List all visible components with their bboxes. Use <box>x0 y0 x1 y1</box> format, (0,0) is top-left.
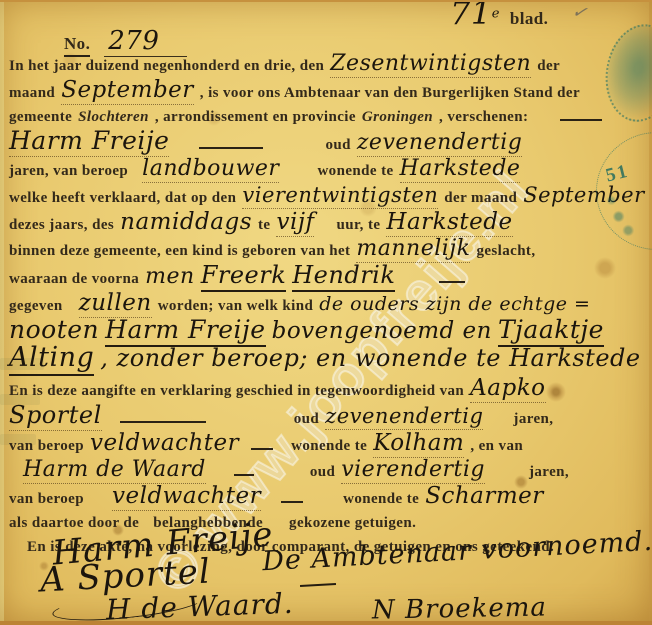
handwritten-text: Kolham <box>373 430 464 458</box>
handwritten-text: vierendertig <box>341 457 485 484</box>
spacer <box>9 475 23 476</box>
spacer <box>269 148 325 149</box>
spacer <box>90 502 112 503</box>
act-line: jaren, van beroeplandbouwerwonende teHar… <box>9 157 644 183</box>
act-line: dezes jaars, desnamiddagstevijfuur, teHa… <box>9 210 644 237</box>
spacer <box>320 228 336 229</box>
handwritten-text: Harm de Waard <box>23 457 206 484</box>
sheet-number-value: 71 <box>450 0 492 32</box>
act-line: van beroepveldwachterwonende teKolham, e… <box>9 431 644 458</box>
spacer <box>267 502 281 503</box>
spacer <box>212 475 234 476</box>
handwritten-text: veldwachter <box>90 430 239 456</box>
handwritten-text: veldwachter <box>112 483 261 511</box>
handwritten-text: mannelijk <box>356 236 470 263</box>
handwritten-text: men <box>145 264 195 289</box>
spacer <box>212 422 294 423</box>
handwritten-text: Harm Freije <box>9 126 169 157</box>
act-line: binnen deze gemeente, een kind is gebore… <box>9 237 644 263</box>
printed-text-italic: Groningen <box>362 109 433 125</box>
printed-text: , verschenen: <box>439 109 528 125</box>
handwritten-text: vierentwintigsten <box>242 183 438 209</box>
fill-rule <box>560 106 602 121</box>
printed-text: te <box>258 217 270 233</box>
handwritten-text: September <box>61 77 194 105</box>
act-line: welke heeft verklaard, dat op denvierent… <box>9 183 644 210</box>
printed-text: jaren, <box>513 411 553 427</box>
spacer <box>285 174 317 175</box>
handwritten-text: de ouders zijn de echtge = <box>319 293 590 315</box>
act-line: gegevenzullenworden; van welk kindde oud… <box>9 291 644 318</box>
printed-text: der <box>537 58 560 74</box>
handwritten-text: Sportel <box>9 401 102 431</box>
fill-rule <box>439 268 465 283</box>
spacer <box>69 309 79 310</box>
spacer <box>401 282 439 283</box>
act-body: In het jaar duizend negenhonderd en drie… <box>9 52 644 559</box>
printed-text: van beroep <box>9 438 84 454</box>
printed-text: van beroep <box>9 491 84 507</box>
printed-text: der maand <box>444 190 517 206</box>
spacer <box>108 422 120 423</box>
printed-text: wonende te <box>343 491 419 507</box>
act-line: Harm de Waardoudvierendertigjaren, <box>9 458 644 484</box>
act-line: waaraan de voornamenFreerkHendrik <box>9 263 644 291</box>
printed-text: jaren, van beroep <box>9 163 128 179</box>
printed-text: In het jaar duizend negenhonderd en drie… <box>9 58 324 74</box>
signature-witness-2: H de Waard. <box>105 587 294 625</box>
act-line: nootenHarm Freijebovengenoemd enTjaaktje <box>9 318 644 346</box>
pen-stroke <box>300 583 336 587</box>
spacer <box>134 174 142 175</box>
handwritten-text: bovengenoemd en <box>272 318 492 344</box>
handwritten-text-underlined: Alting <box>9 342 94 376</box>
printed-text: wonende te <box>317 163 393 179</box>
printed-text: waaraan de voorna <box>9 271 139 287</box>
handwritten-text: Harkstede <box>386 209 512 237</box>
handwritten-text: zevenendertig <box>357 130 523 157</box>
handwritten-text: Aapko <box>470 375 545 403</box>
printed-text: binnen deze gemeente, een kind is gebore… <box>9 243 350 259</box>
spacer <box>489 422 513 423</box>
signature-official: N Broekema <box>372 592 547 625</box>
fill-rule <box>120 408 206 423</box>
handwritten-text: Zesentwintigsten <box>330 51 531 78</box>
handwritten-text-underlined: Tjaaktje <box>498 315 604 347</box>
printed-text: jaren, <box>529 464 569 480</box>
fill-rule <box>251 435 273 450</box>
handwritten-text: Scharmer <box>425 483 544 509</box>
spacer <box>534 120 560 121</box>
handwritten-text: zevenendertig <box>325 404 483 430</box>
handwritten-text-underlined: Freerk <box>201 261 287 292</box>
printed-text: gekozene getuigen. <box>289 515 416 531</box>
printed-text: , is voor ons Ambtenaar van den Burgerli… <box>200 85 580 101</box>
printed-text: , arrondissement en provincie <box>155 109 356 125</box>
sheet-word: blad. <box>510 9 548 28</box>
act-line: En is deze aangifte en verklaring geschi… <box>9 376 644 403</box>
handwritten-text: Harkstede <box>400 156 521 183</box>
printed-text: oud <box>325 137 350 153</box>
fill-rule <box>234 461 254 476</box>
handwritten-text-underlined: Harm Freije <box>105 315 265 347</box>
printed-text: oud <box>310 464 335 480</box>
fill-rule <box>199 134 263 149</box>
handwritten-text: , zonder beroep; en wonende te Harkstede <box>100 344 640 372</box>
printed-text-italic: Slochteren <box>78 109 149 125</box>
stamp-number: 51 <box>604 161 632 188</box>
spacer <box>491 475 529 476</box>
printed-text: worden; van welk kind <box>158 298 314 314</box>
handwritten-text: zullen <box>79 290 152 318</box>
spacer <box>279 449 291 450</box>
spacer <box>309 502 343 503</box>
act-line: In het jaar duizend negenhonderd en drie… <box>9 52 644 78</box>
handwritten-text: vijf <box>276 209 314 237</box>
spacer <box>260 475 310 476</box>
printed-text: , en van <box>470 438 523 454</box>
printed-text: oud <box>294 411 319 427</box>
printed-text: gegeven <box>9 298 63 314</box>
printed-text: dezes jaars, des <box>9 217 114 233</box>
act-line: maandSeptember, is voor ons Ambtenaar va… <box>9 78 644 105</box>
act-line: Harm Freijeoudzevenendertig <box>9 129 644 157</box>
sheet-number-ordinal: e <box>492 7 500 22</box>
act-line: Alting, zonder beroep; en wonende te Har… <box>9 346 644 376</box>
printed-text: welke heeft verklaard, dat op den <box>9 190 236 206</box>
printed-text: geslacht, <box>476 243 535 259</box>
act-line: van beroepveldwachterwonende teScharmer <box>9 484 644 511</box>
printed-text: wonende te <box>291 438 367 454</box>
handwritten-text-underlined: Hendrik <box>292 261 395 292</box>
fill-rule <box>281 488 303 503</box>
handwritten-text: namiddags <box>120 209 252 235</box>
pencil-check-mark: ✓ <box>570 1 589 25</box>
printed-text: gemeente <box>9 109 72 125</box>
printed-text: maand <box>9 85 55 101</box>
spacer <box>175 148 199 149</box>
printed-text: uur, te <box>336 217 380 233</box>
act-line: Sporteloudzevenendertigjaren, <box>9 403 644 431</box>
printed-text: En is deze aangifte en verklaring geschi… <box>9 383 464 399</box>
sheet-number-block: 71e blad. <box>450 0 548 29</box>
handwritten-text: nooten <box>9 315 99 344</box>
handwritten-text: landbouwer <box>142 156 279 183</box>
birth-certificate-page: © www.joopfreije.nl 71e blad. ✓ No. 279 … <box>0 0 652 625</box>
